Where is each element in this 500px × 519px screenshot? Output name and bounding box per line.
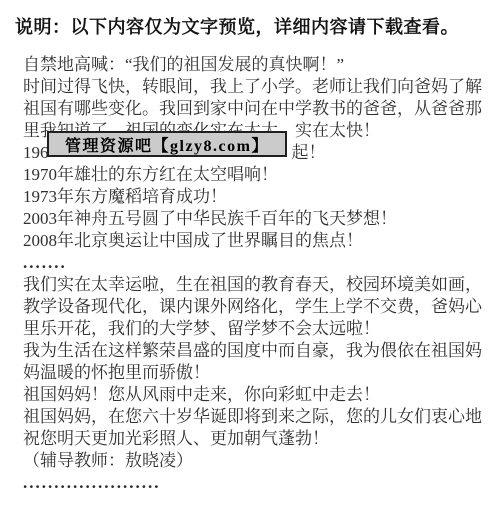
preview-line: 祝您明天更加光彩照人、更加朝气蓬勃！	[23, 428, 490, 450]
preview-line: 妈温暖的怀抱里而骄傲！	[23, 362, 490, 384]
covered-line-gap	[49, 157, 292, 158]
preview-notice: 说明：以下内容仅为文字预览，详细内容请下载查看。	[15, 13, 492, 39]
preview-line: 里乐开花，我们的大学梦、留学梦不会太远啦！	[23, 318, 490, 340]
preview-line: 教学设备现代化，课内课外网络化，学生上学不交费，爸妈心	[23, 296, 490, 318]
preview-line: 自禁地高喊：“我们的祖国发展的真快啊！”	[23, 54, 490, 76]
preview-line: 时间过得飞快，转眼间，我上了小学。老师让我们向爸妈了解	[23, 76, 490, 98]
preview-line: 祖国有哪些变化。我回到家中问在中学教书的爸爸，从爸爸那	[23, 98, 490, 120]
preview-line: 2008年北京奥运让中国成了世界瞩目的焦点！	[23, 230, 490, 252]
preview-line: 祖国妈妈！您从风雨中走来，你向彩虹中走去！	[23, 384, 490, 406]
covered-line-prefix: 196	[23, 143, 49, 162]
preview-line: 我为生活在这样繁荣昌盛的国度中而自豪，我为偎依在祖国妈	[23, 340, 490, 362]
preview-body: 自禁地高喊：“我们的祖国发展的真快啊！” 时间过得飞快，转眼间，我上了小学。老师…	[23, 54, 490, 494]
ellipsis-line: .......	[23, 252, 490, 274]
watermark-badge: 管理资源吧【glzy8.com】	[47, 131, 287, 157]
ellipsis-line: ......................	[23, 472, 490, 494]
preview-line: 2003年神舟五号圆了中华民族千百年的飞天梦想！	[23, 208, 490, 230]
preview-line: 1970年雄壮的东方红在太空唱响！	[23, 164, 490, 186]
preview-line: 我们实在太幸运啦，生在祖国的教育春天，校园环境美如画，	[23, 274, 490, 296]
covered-line-suffix: 起！	[292, 143, 326, 162]
preview-line: （辅导教师：敖晓凌）	[23, 450, 490, 472]
document-preview-page: 说明：以下内容仅为文字预览，详细内容请下载查看。 自禁地高喊：“我们的祖国发展的…	[0, 0, 500, 519]
preview-line: 1973年东方魔稻培育成功！	[23, 186, 490, 208]
preview-line: 祖国妈妈，在您六十岁华诞即将到来之际，您的儿女们衷心地	[23, 406, 490, 428]
